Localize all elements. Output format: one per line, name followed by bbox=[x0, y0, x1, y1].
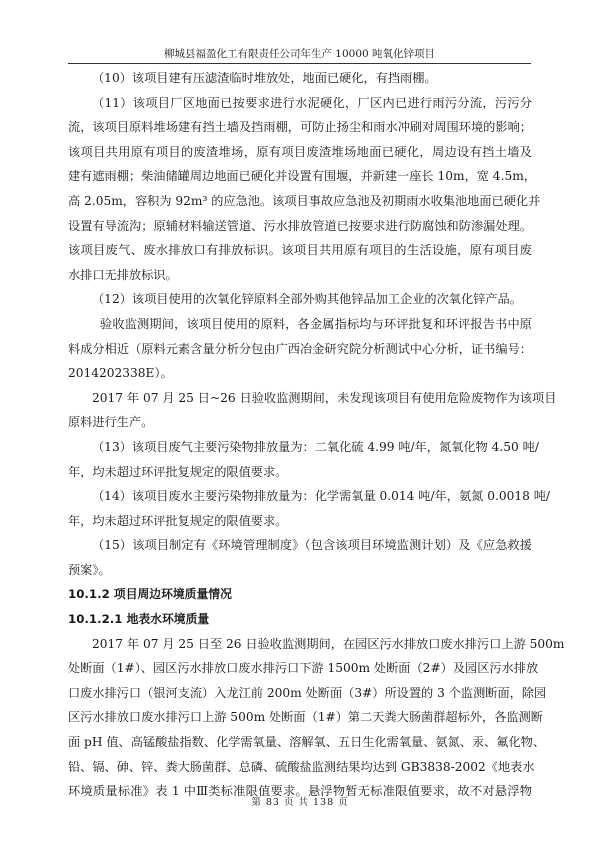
text-line: 流，该项目原料堆场建有挡土墙及挡雨棚，可防止扬尘和雨水冲刷对周围环境的影响； bbox=[68, 115, 532, 140]
text-line: 验收监测期间，该项目使用的原料，各金属指标均与环评批复和环评报告书中原 bbox=[68, 312, 532, 337]
text-line: （10）该项目建有压滤渣临时堆放处，地面已硬化，有挡雨棚。 bbox=[68, 66, 532, 91]
document-body: （10）该项目建有压滤渣临时堆放处，地面已硬化，有挡雨棚。 （11）该项目厂区地… bbox=[68, 66, 532, 804]
text-line: 口废水排污口（银河支流）入龙江前 200m 处断面（3#）所设置的 3 个监测断… bbox=[68, 681, 532, 706]
text-line: 2014202338E）。 bbox=[68, 361, 532, 386]
section-heading: 10.1.2 项目周边环境质量情况 bbox=[68, 582, 532, 607]
text-line: 铅、镉、砷、锌、粪大肠菌群、总磷、硫酸盐监测结果均达到 GB3838-2002《… bbox=[68, 755, 532, 780]
text-line: 处断面（1#）、园区污水排放口废水排污口下游 1500m 处断面（2#）及园区污… bbox=[68, 656, 532, 681]
text-line: 设置有导流沟；原辅材料输送管道、污水排放管道已按要求进行防腐蚀和防渗漏处理。 bbox=[68, 214, 532, 239]
text-line: 建有遮雨棚；柴油储罐周边地面已硬化并设置有围堰，并新建一座长 10m，宽 4.5… bbox=[68, 164, 532, 189]
text-line: 年，均未超过环评批复规定的限值要求。 bbox=[68, 509, 532, 534]
text-line: （12）该项目使用的次氧化锌原料全部外购其他锌品加工企业的次氧化锌产品。 bbox=[68, 287, 532, 312]
text-line: 预案》。 bbox=[68, 558, 532, 583]
text-line: （14）该项目废水主要污染物排放量为：化学需氧量 0.014 吨/年，氨氮 0.… bbox=[68, 484, 532, 509]
text-line: （15）该项目制定有《环境管理制度》（包含该项目环境监测计划）及《应急救援 bbox=[68, 533, 532, 558]
text-line: 该项目废气、废水排放口有排放标识。该项目共用原有项目的生活设施，原有项目废 bbox=[68, 238, 532, 263]
text-line: 原料进行生产。 bbox=[68, 410, 532, 435]
page-header: 柳城县福盈化工有限责任公司年生产 10000 吨氧化锌项目 bbox=[68, 46, 531, 64]
text-line: 区污水排放口废水排污口上游 500m 处断面（1#）第二天粪大肠菌群超标外，各监… bbox=[68, 705, 532, 730]
subsection-heading: 10.1.2.1 地表水环境质量 bbox=[68, 607, 532, 632]
text-line: 2017 年 07 月 25 日~26 日验收监测期间，未发现该项目有使用危险废… bbox=[68, 386, 532, 411]
text-line: 水排口无排放标识。 bbox=[68, 263, 532, 288]
text-line: 2017 年 07 月 25 日至 26 日验收监测期间，在园区污水排放口废水排… bbox=[68, 632, 532, 657]
page-number: 第 83 页 共 138 页 bbox=[0, 794, 600, 808]
text-line: （11）该项目厂区地面已按要求进行水泥硬化，厂区内已进行雨污分流，污污分 bbox=[68, 91, 532, 116]
text-line: 年，均未超过环评批复规定的限值要求。 bbox=[68, 460, 532, 485]
text-line: 该项目共用原有项目的废渣堆场，原有项目废渣堆场地面已硬化，周边设有挡土墙及 bbox=[68, 140, 532, 165]
text-line: （13）该项目废气主要污染物排放量为：二氧化硫 4.99 吨/年，氮氧化物 4.… bbox=[68, 435, 532, 460]
text-line: 料成分相近（原料元素含量分析分包由广西冶金研究院分析测试中心分析，证书编号： bbox=[68, 337, 532, 362]
text-line: 面 pH 值、高锰酸盐指数、化学需氧量、溶解氧、五日生化需氧量、氨氮、汞、氟化物… bbox=[68, 730, 532, 755]
text-line: 高 2.05m，容积为 92m³ 的应急池。该项目事故应急池及初期雨水收集池地面… bbox=[68, 189, 532, 214]
